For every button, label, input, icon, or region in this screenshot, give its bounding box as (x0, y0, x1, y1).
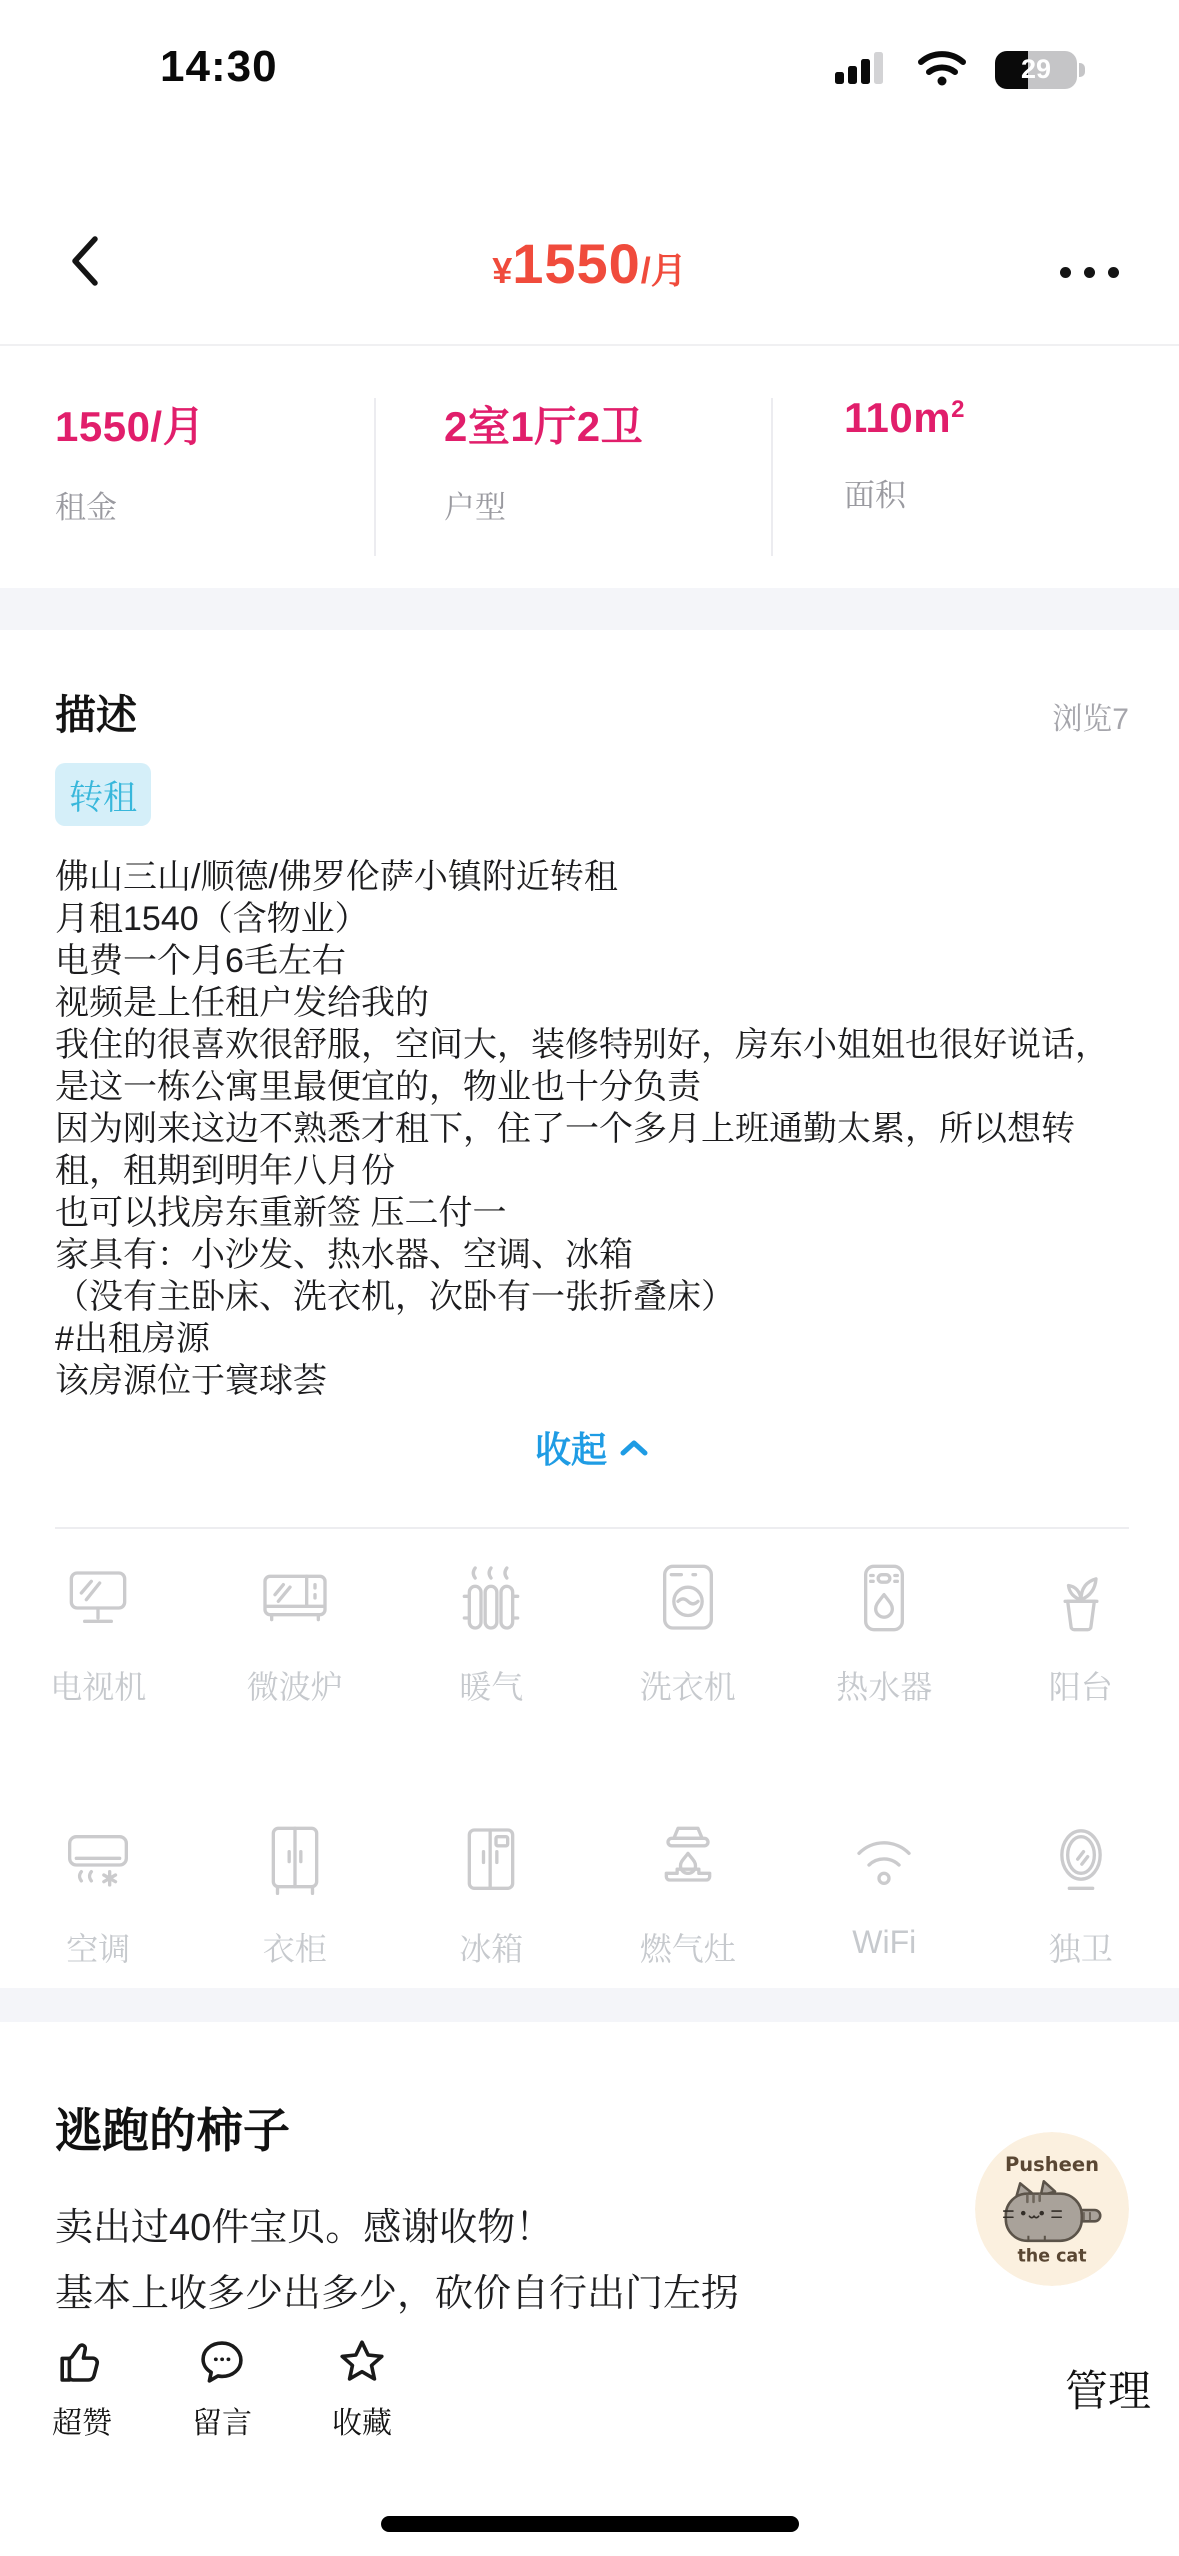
battery-percent: 29 (995, 51, 1077, 89)
amenity-water-heater: 热水器 (786, 1558, 983, 1726)
status-icons: 29 (835, 47, 1085, 92)
collapse-button[interactable]: 收起 (535, 1422, 649, 1473)
amenity-wifi: WiFi (786, 1820, 983, 1988)
section-divider-band (0, 1988, 1179, 2022)
seller-name: 逃跑的柿子 (55, 2094, 1129, 2161)
price-title: ¥1550/月 (0, 231, 1179, 296)
seller-avatar[interactable]: Pusheen the cat (975, 2132, 1129, 2286)
gas-stove-icon (648, 1820, 728, 1900)
pusheen-cat-avatar: Pusheen the cat (975, 2132, 1129, 2286)
action-bar: 超赞 留言 收藏 管理 (34, 2336, 1151, 2440)
private-bathroom-icon (1041, 1820, 1121, 1900)
air-conditioner-icon (58, 1820, 138, 1900)
microwave-icon (255, 1558, 335, 1638)
amenity-air-conditioner: 空调 (0, 1820, 197, 1988)
battery-indicator: 29 (995, 51, 1085, 89)
comment-button[interactable]: 留言 (174, 2335, 270, 2442)
amenity-microwave: 微波炉 (197, 1558, 394, 1726)
amenity-washing-machine: 洗衣机 (590, 1558, 787, 1726)
listing-summary: 1550/月 租金 2室1厅2卫 户型 110m2 面积 (0, 346, 1179, 588)
battery-nub (1079, 63, 1085, 77)
like-button[interactable]: 超赞 (34, 2335, 130, 2442)
radiator-icon (451, 1558, 531, 1638)
description-section: 描述 浏览7 转租 佛山三山/顺德/佛罗伦萨小镇附近转租 月租1540（含物业）… (0, 630, 1179, 1502)
balcony-icon (1041, 1558, 1121, 1638)
description-body: 佛山三山/顺德/佛罗伦萨小镇附近转租 月租1540（含物业） 电费一个月6毛左右… (55, 856, 1129, 1402)
amenity-balcony: 阳台 (983, 1558, 1179, 1726)
nav-header: ¥1550/月 (0, 100, 1179, 346)
chevron-up-icon (619, 1438, 649, 1458)
star-icon (335, 2335, 389, 2389)
amenity-tv: 电视机 (0, 1558, 197, 1726)
status-bar: 14:30 29 (0, 0, 1179, 100)
cellular-signal-icon (835, 48, 889, 91)
wifi-status-icon (915, 47, 969, 92)
section-divider-band (0, 588, 1179, 630)
seller-bio-line2: 基本上收多少出多少，砍价自行出门左拐 (55, 2261, 1129, 2327)
seller-section: 逃跑的柿子 卖出过40件宝贝。感谢收物！ 基本上收多少出多少，砍价自行出门左拐 … (0, 2022, 1179, 2330)
amenity-wardrobe: 衣柜 (197, 1820, 394, 1988)
thumbs-up-icon (55, 2335, 109, 2389)
amenities-grid: 电视机 微波炉 暖气 洗衣机 热水器 (0, 1502, 1179, 1988)
svg-text:the cat: the cat (1017, 2246, 1086, 2266)
listing-tag: 转租 (55, 763, 151, 826)
clock: 14:30 (160, 42, 278, 92)
wifi-icon (844, 1820, 924, 1900)
price-unit: /月 (641, 250, 687, 291)
price-currency: ¥ (492, 250, 512, 291)
home-indicator[interactable] (381, 2516, 799, 2532)
tv-icon (58, 1558, 138, 1638)
summary-rent: 1550/月 租金 (0, 394, 374, 588)
seller-bio-line1: 卖出过40件宝贝。感谢收物！ (55, 2195, 1129, 2261)
view-count: 浏览7 (1052, 694, 1129, 738)
comment-bubble-icon (195, 2335, 249, 2389)
water-heater-icon (844, 1558, 924, 1638)
favorite-button[interactable]: 收藏 (314, 2335, 410, 2442)
wardrobe-icon (255, 1820, 335, 1900)
description-title: 描述 (55, 682, 137, 741)
price-value: 1550 (512, 232, 641, 295)
amenity-gas-stove: 燃气灶 (590, 1820, 787, 1988)
amenity-fridge: 冰箱 (393, 1820, 590, 1988)
fridge-icon (451, 1820, 531, 1900)
amenity-private-bathroom: 独卫 (983, 1820, 1179, 1988)
summary-area: 110m2 面积 (771, 394, 1179, 588)
svg-text:Pusheen: Pusheen (1005, 2153, 1099, 2176)
amenity-heating: 暖气 (393, 1558, 590, 1726)
washing-machine-icon (648, 1558, 728, 1638)
manage-button[interactable]: 管理 (1065, 2358, 1151, 2419)
seller-bio: 卖出过40件宝贝。感谢收物！ 基本上收多少出多少，砍价自行出门左拐 (55, 2195, 1129, 2327)
summary-layout: 2室1厅2卫 户型 (374, 394, 771, 588)
